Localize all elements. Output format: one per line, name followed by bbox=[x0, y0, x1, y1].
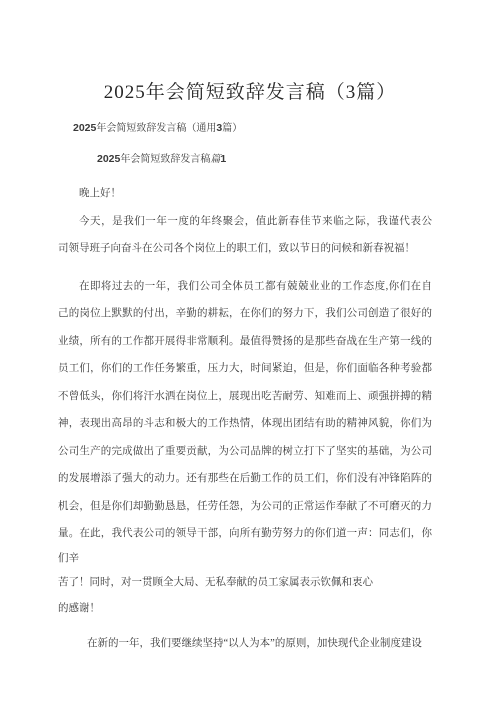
section-text: 年会简短致辞发言稿 bbox=[120, 154, 210, 165]
body-line: 业绩，所有的工作都开展得非常顺利。最值得赞扬的是那些奋战在生产第一线的 bbox=[58, 328, 432, 356]
document-subtitle: 2025年会简短致辞发言稿（通用3篇） bbox=[0, 121, 500, 136]
document-title: 2025年会简短致辞发言稿（3篇） bbox=[0, 78, 500, 108]
body-line: 在即将过去的一年，我们公司全体员工都有兢兢业业的工作态度,你们在自 bbox=[58, 273, 432, 301]
body-line: 的感谢！ bbox=[58, 596, 432, 622]
body-line: 在新的一年，我们要继续坚持“以人为本”的原则，加快现代企业制度建设 bbox=[58, 630, 432, 658]
body-line: 今天，是我们一年一度的年终聚会，值此新春佳节来临之际，我谨代表公 bbox=[58, 208, 432, 236]
section-heading: 2025年会简短致辞发言稿篇1 bbox=[0, 152, 500, 167]
body-line: 神，表现出高昂的斗志和极大的工作热情，体现出团结有助的精神风貌，你们为 bbox=[58, 410, 432, 438]
document-body: 晚上好！ 今天，是我们一年一度的年终聚会，值此新春佳节来临之际，我谨代表公 司领… bbox=[0, 180, 500, 657]
body-line: 公司生产的完成做出了重要贡献，为公司品牌的树立打下了坚实的基础，为公司 bbox=[58, 438, 432, 466]
body-line: 机会，但是你们却勤勤恳恳，任劳任怨，为公司的正常运作奉献了不可磨灭的力 bbox=[58, 493, 432, 521]
body-line: 司领导班子向奋斗在公司各个岗位上的职工们，致以节日的问候和新春祝福！ bbox=[58, 235, 432, 263]
body-line: 的发展增添了强大的动力。还有那些在后勤工作的员工们，你们没有冲锋陷阵的 bbox=[58, 465, 432, 493]
section-index: 1 bbox=[220, 153, 226, 165]
body-line: 们辛 bbox=[58, 548, 432, 570]
body-line: 苦了！同时，对一贯顾全大局、无私奉献的员工家属表示钦佩和衷心 bbox=[58, 570, 432, 596]
body-line: 己的岗位上默默的付出，辛勤的耕耘，在你们的努力下，我们公司创造了很好的 bbox=[58, 300, 432, 328]
subtitle-year: 2025 bbox=[73, 122, 96, 134]
body-line: 不曾低头，你们将汗水洒在岗位上，展现出吃苦耐劳、知难而上、顽强拼搏的精 bbox=[58, 383, 432, 411]
section-year: 2025 bbox=[97, 153, 120, 165]
section-pian: 篇 bbox=[210, 154, 220, 165]
subtitle-tail: 篇） bbox=[222, 123, 242, 134]
body-line: 量。在此，我代表公司的领导干部，向所有勤劳努力的你们道一声：同志们，你 bbox=[58, 520, 432, 548]
body-line: 员工们，你们的工作任务繁重，压力大，时间紧迫，但是，你们面临各种考验都 bbox=[58, 355, 432, 383]
body-line: 晚上好！ bbox=[58, 180, 432, 208]
subtitle-text: 年会简短致辞发言稿（通用 bbox=[96, 123, 216, 134]
document-page: 2025年会简短致辞发言稿（3篇） 2025年会简短致辞发言稿（通用3篇） 20… bbox=[0, 0, 500, 707]
